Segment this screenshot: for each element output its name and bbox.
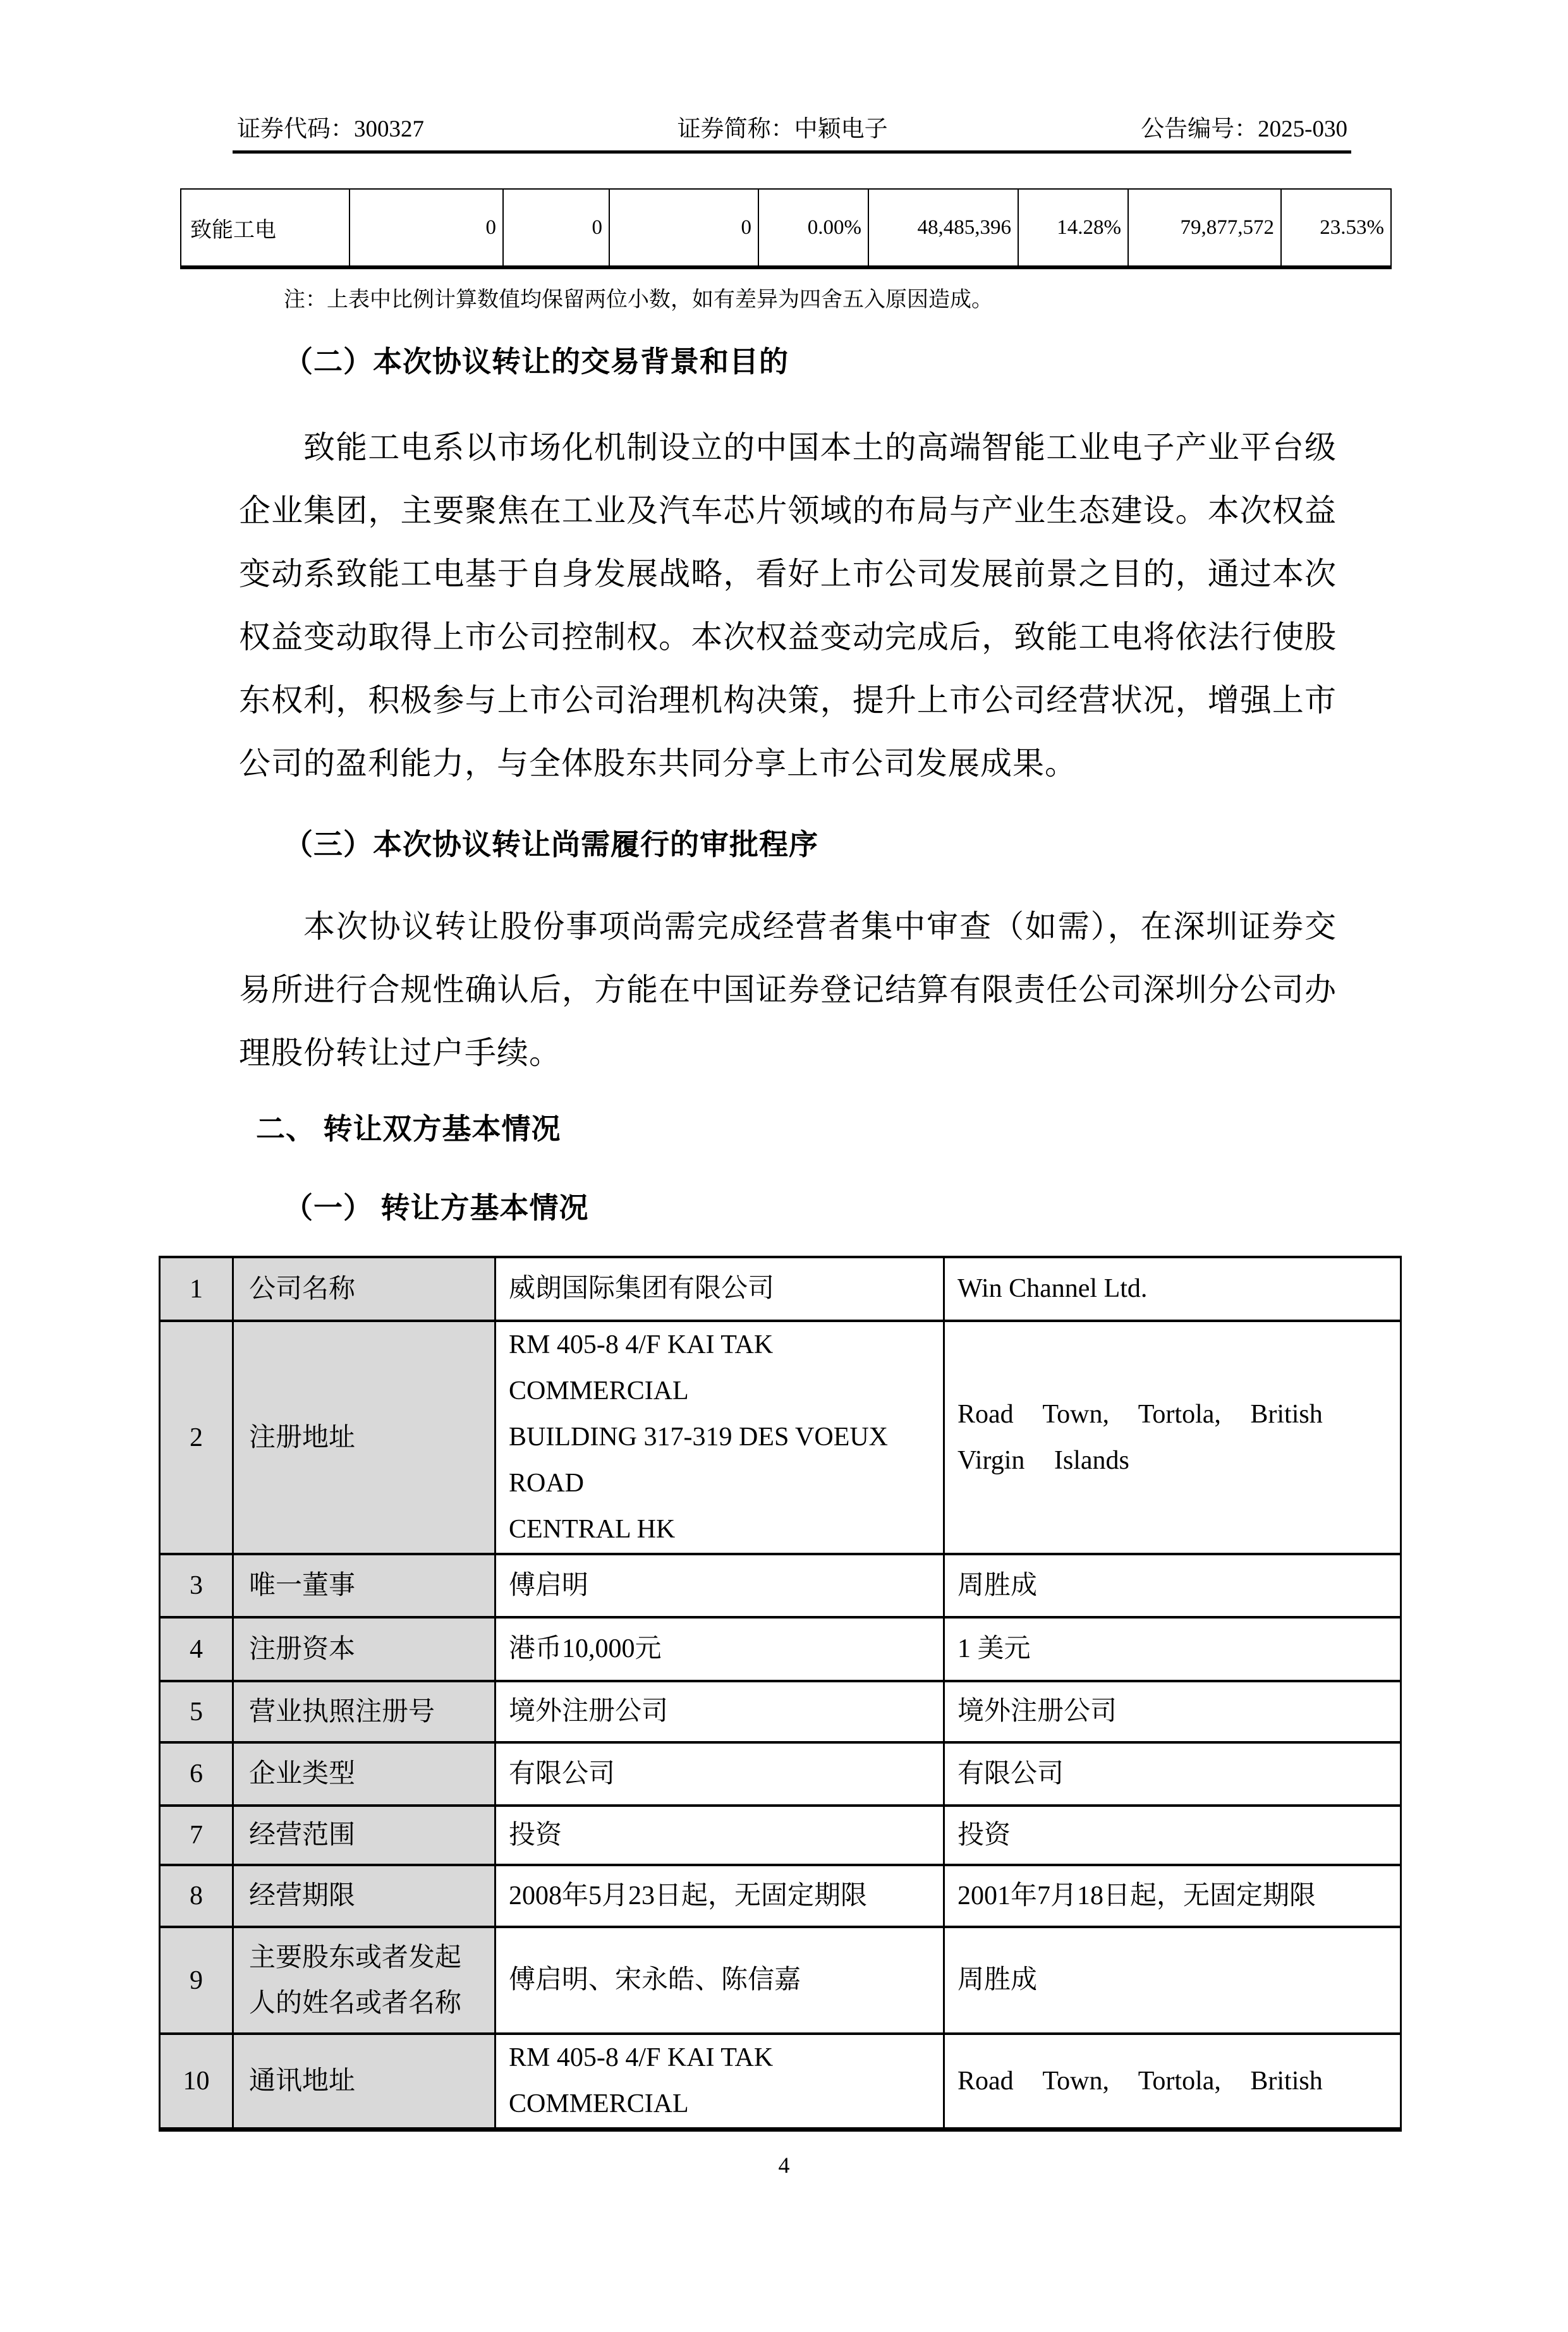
section-2-paragraph: 致能工电系以市场化机制设立的中国本土的高端智能工业电子产业平台级企业集团，主要聚… <box>239 416 1337 795</box>
info-table-row: 3唯一董事傅启明周胜成 <box>160 1554 1401 1617</box>
field-label-cell: 主要股东或者发起人的姓名或者名称 <box>233 1927 495 2034</box>
row-number-cell: 6 <box>160 1742 233 1806</box>
transferor1-cell: RM 405-8 4/F KAI TAK COMMERCIAL BUILDING… <box>495 1321 944 1554</box>
row-number-cell: 3 <box>160 1554 233 1617</box>
shareholding-continuation-table: 致能工电 0 0 0 0.00% 48,485,396 14.28% 79,87… <box>180 188 1392 269</box>
transferor2-cell: 投资 <box>944 1806 1401 1865</box>
value-cell-7: 79,877,572 <box>1128 189 1281 267</box>
info-table-row: 6企业类型有限公司有限公司 <box>160 1742 1401 1806</box>
transferor1-cell: 2008年5月23日起，无固定期限 <box>495 1865 944 1927</box>
info-table-row: 4注册资本港币10,000元1 美元 <box>160 1617 1401 1681</box>
stock-short-name: 证券简称：中颖电子 <box>678 115 888 144</box>
header-rule <box>233 150 1351 154</box>
field-label-cell: 经营期限 <box>233 1865 495 1927</box>
row-number-cell: 10 <box>160 2034 233 2130</box>
value-cell-4: 0.00% <box>758 189 868 267</box>
section-3-title: （三）本次协议转让尚需履行的审批程序 <box>284 827 1568 863</box>
value-cell-8: 23.53% <box>1281 189 1391 267</box>
row-number-cell: 1 <box>160 1257 233 1321</box>
field-label-cell: 注册资本 <box>233 1617 495 1681</box>
section-3-paragraph: 本次协议转让股份事项尚需完成经营者集中审查（如需），在深圳证券交易所进行合规性确… <box>239 895 1337 1084</box>
info-table-row: 10通讯地址RM 405-8 4/F KAI TAK COMMERCIALRoa… <box>160 2034 1401 2130</box>
field-label-cell: 通讯地址 <box>233 2034 495 2130</box>
value-cell-2: 0 <box>503 189 609 267</box>
value-cell-5: 48,485,396 <box>868 189 1018 267</box>
value-cell-3: 0 <box>609 189 758 267</box>
row-number-cell: 9 <box>160 1927 233 2034</box>
info-table-row: 1公司名称威朗国际集团有限公司Win Channel Ltd. <box>160 1257 1401 1321</box>
row-number-cell: 5 <box>160 1681 233 1742</box>
transferor2-cell: Win Channel Ltd. <box>944 1257 1401 1321</box>
value-cell-1: 0 <box>349 189 503 267</box>
field-label-cell: 经营范围 <box>233 1806 495 1865</box>
field-label-cell: 唯一董事 <box>233 1554 495 1617</box>
value-cell-6: 14.28% <box>1018 189 1128 267</box>
transferor1-cell: 有限公司 <box>495 1742 944 1806</box>
announcement-number: 公告编号：2025-030 <box>1141 115 1347 144</box>
transferor2-cell: Road Town, Tortola, British <box>944 2034 1401 2130</box>
transferor2-cell: 1 美元 <box>944 1617 1401 1681</box>
info-table-row: 9主要股东或者发起人的姓名或者名称傅启明、宋永皓、陈信嘉周胜成 <box>160 1927 1401 2034</box>
transferor1-cell: 港币10,000元 <box>495 1617 944 1681</box>
transferor2-cell: 境外注册公司 <box>944 1681 1401 1742</box>
transferor2-cell: 周胜成 <box>944 1927 1401 2034</box>
field-label-cell: 营业执照注册号 <box>233 1681 495 1742</box>
table-row: 致能工电 0 0 0 0.00% 48,485,396 14.28% 79,87… <box>181 189 1391 267</box>
field-label-cell: 公司名称 <box>233 1257 495 1321</box>
field-label-cell: 注册地址 <box>233 1321 495 1554</box>
row-number-cell: 2 <box>160 1321 233 1554</box>
section-2-title: （二）本次协议转让的交易背景和目的 <box>284 344 1568 380</box>
row-number-cell: 4 <box>160 1617 233 1681</box>
transferor2-cell: 2001年7月18日起，无固定期限 <box>944 1865 1401 1927</box>
part-2-sub-title: （一） 转让方基本情况 <box>284 1191 1568 1226</box>
info-table-row: 5营业执照注册号境外注册公司境外注册公司 <box>160 1681 1401 1742</box>
stock-code: 证券代码：300327 <box>237 115 424 144</box>
transferor1-cell: 傅启明 <box>495 1554 944 1617</box>
part-2-title: 二、 转让双方基本情况 <box>256 1112 1568 1147</box>
transferor1-cell: 傅启明、宋永皓、陈信嘉 <box>495 1927 944 2034</box>
transferor2-cell: 有限公司 <box>944 1742 1401 1806</box>
transferor1-cell: 境外注册公司 <box>495 1681 944 1742</box>
transferor1-cell: 投资 <box>495 1806 944 1865</box>
page-number: 4 <box>0 2149 1568 2181</box>
transferor2-cell: Road Town, Tortola, British Virgin Islan… <box>944 1321 1401 1554</box>
shareholder-name-cell: 致能工电 <box>181 189 349 267</box>
transferor2-cell: 周胜成 <box>944 1554 1401 1617</box>
transferor1-cell: RM 405-8 4/F KAI TAK COMMERCIAL <box>495 2034 944 2130</box>
field-label-cell: 企业类型 <box>233 1742 495 1806</box>
transferor1-cell: 威朗国际集团有限公司 <box>495 1257 944 1321</box>
table-note: 注：上表中比例计算数值均保留两位小数，如有差异为四舍五入原因造成。 <box>284 285 1568 315</box>
row-number-cell: 7 <box>160 1806 233 1865</box>
info-table-row: 2注册地址RM 405-8 4/F KAI TAK COMMERCIAL BUI… <box>160 1321 1401 1554</box>
row-number-cell: 8 <box>160 1865 233 1927</box>
info-table-row: 7经营范围投资投资 <box>160 1806 1401 1865</box>
document-header: 证券代码：300327 证券简称：中颖电子 公告编号：2025-030 <box>237 115 1347 144</box>
info-table-row: 8经营期限2008年5月23日起，无固定期限2001年7月18日起，无固定期限 <box>160 1865 1401 1927</box>
transferor-info-table: 1公司名称威朗国际集团有限公司Win Channel Ltd.2注册地址RM 4… <box>159 1256 1402 2132</box>
